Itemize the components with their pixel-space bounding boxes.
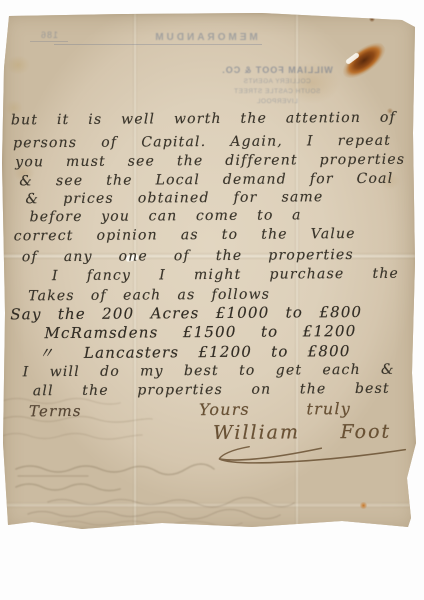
letter-line: & prices obtained for same (25, 190, 323, 206)
scan-background: MEMORANDUM 186 WILLIAM FOOT & CO. COLLIE… (0, 0, 424, 600)
signature-flourish (201, 440, 413, 475)
letter-line: all the properties on the best (33, 382, 390, 398)
letter-line-prices: 〃 Lancasters £1200 to £800 (39, 344, 351, 361)
letter-line: I will do my best to get each & (23, 363, 395, 380)
letter-line: of any one of the properties (22, 248, 354, 264)
letter-body: but it is well worth the attention of pe… (0, 12, 419, 532)
letter-line: Takes of each as follows (28, 288, 270, 304)
valediction: Yours truly (199, 401, 351, 418)
letter-line: I fancy I might purchase the (52, 267, 399, 283)
letter-line: before you can come to a (30, 208, 302, 224)
letter-line: but it is well worth the attention of (11, 111, 396, 128)
letter-line: & see the Local demand for Coal (19, 172, 393, 189)
letter-line: you must see the different properties (15, 153, 405, 170)
letter-line-terms: Terms (29, 404, 109, 420)
letter-line-prices: McRamsdens £1500 to £1200 (44, 324, 356, 341)
letter-line: correct opinion as to the Value (14, 227, 356, 243)
signature: William Foot (213, 423, 391, 443)
letter-line-prices: Say the 200 Acres £1000 to £800 (10, 305, 362, 322)
letter-line: persons of Capital. Again, I repeat (13, 134, 391, 151)
letter-paper: MEMORANDUM 186 WILLIAM FOOT & CO. COLLIE… (2, 13, 417, 530)
